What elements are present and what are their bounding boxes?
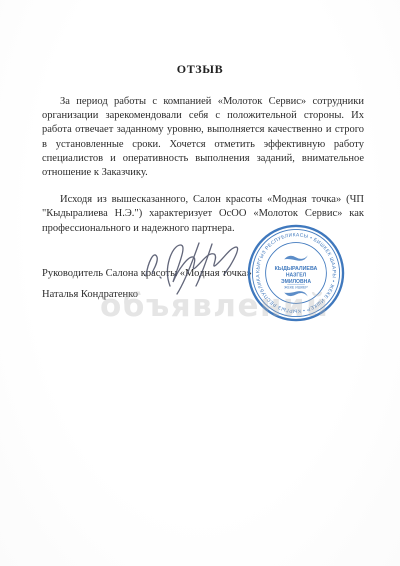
stamp-bottom-text: ЖЕКЕ ИШКЕР: [284, 285, 308, 289]
document-body: За период работы с компанией «Молоток Се…: [0, 95, 400, 236]
stamp-name-line-2: НАЗГЕЛ: [286, 273, 307, 279]
stamp-name-line-1: КЫДЫРАЛИЕВА: [275, 266, 318, 272]
scanned-review-letter: ОТЗЫВ За период работы с компанией «Моло…: [0, 0, 400, 566]
round-stamp: КЫРГЫЗ РЕСПУБЛИКАСЫ • БИШКЕК ШААРЫ • ЖЕК…: [247, 224, 345, 322]
stamp-bottom-ornament-icon: [284, 291, 308, 296]
stamp-top-ornament-icon: [284, 255, 308, 260]
stamp-name-line-3: ЭМИЛОВНА: [281, 279, 311, 285]
document-title: ОТЗЫВ: [0, 62, 400, 77]
paragraph-1: За период работы с компанией «Молоток Се…: [42, 95, 364, 180]
